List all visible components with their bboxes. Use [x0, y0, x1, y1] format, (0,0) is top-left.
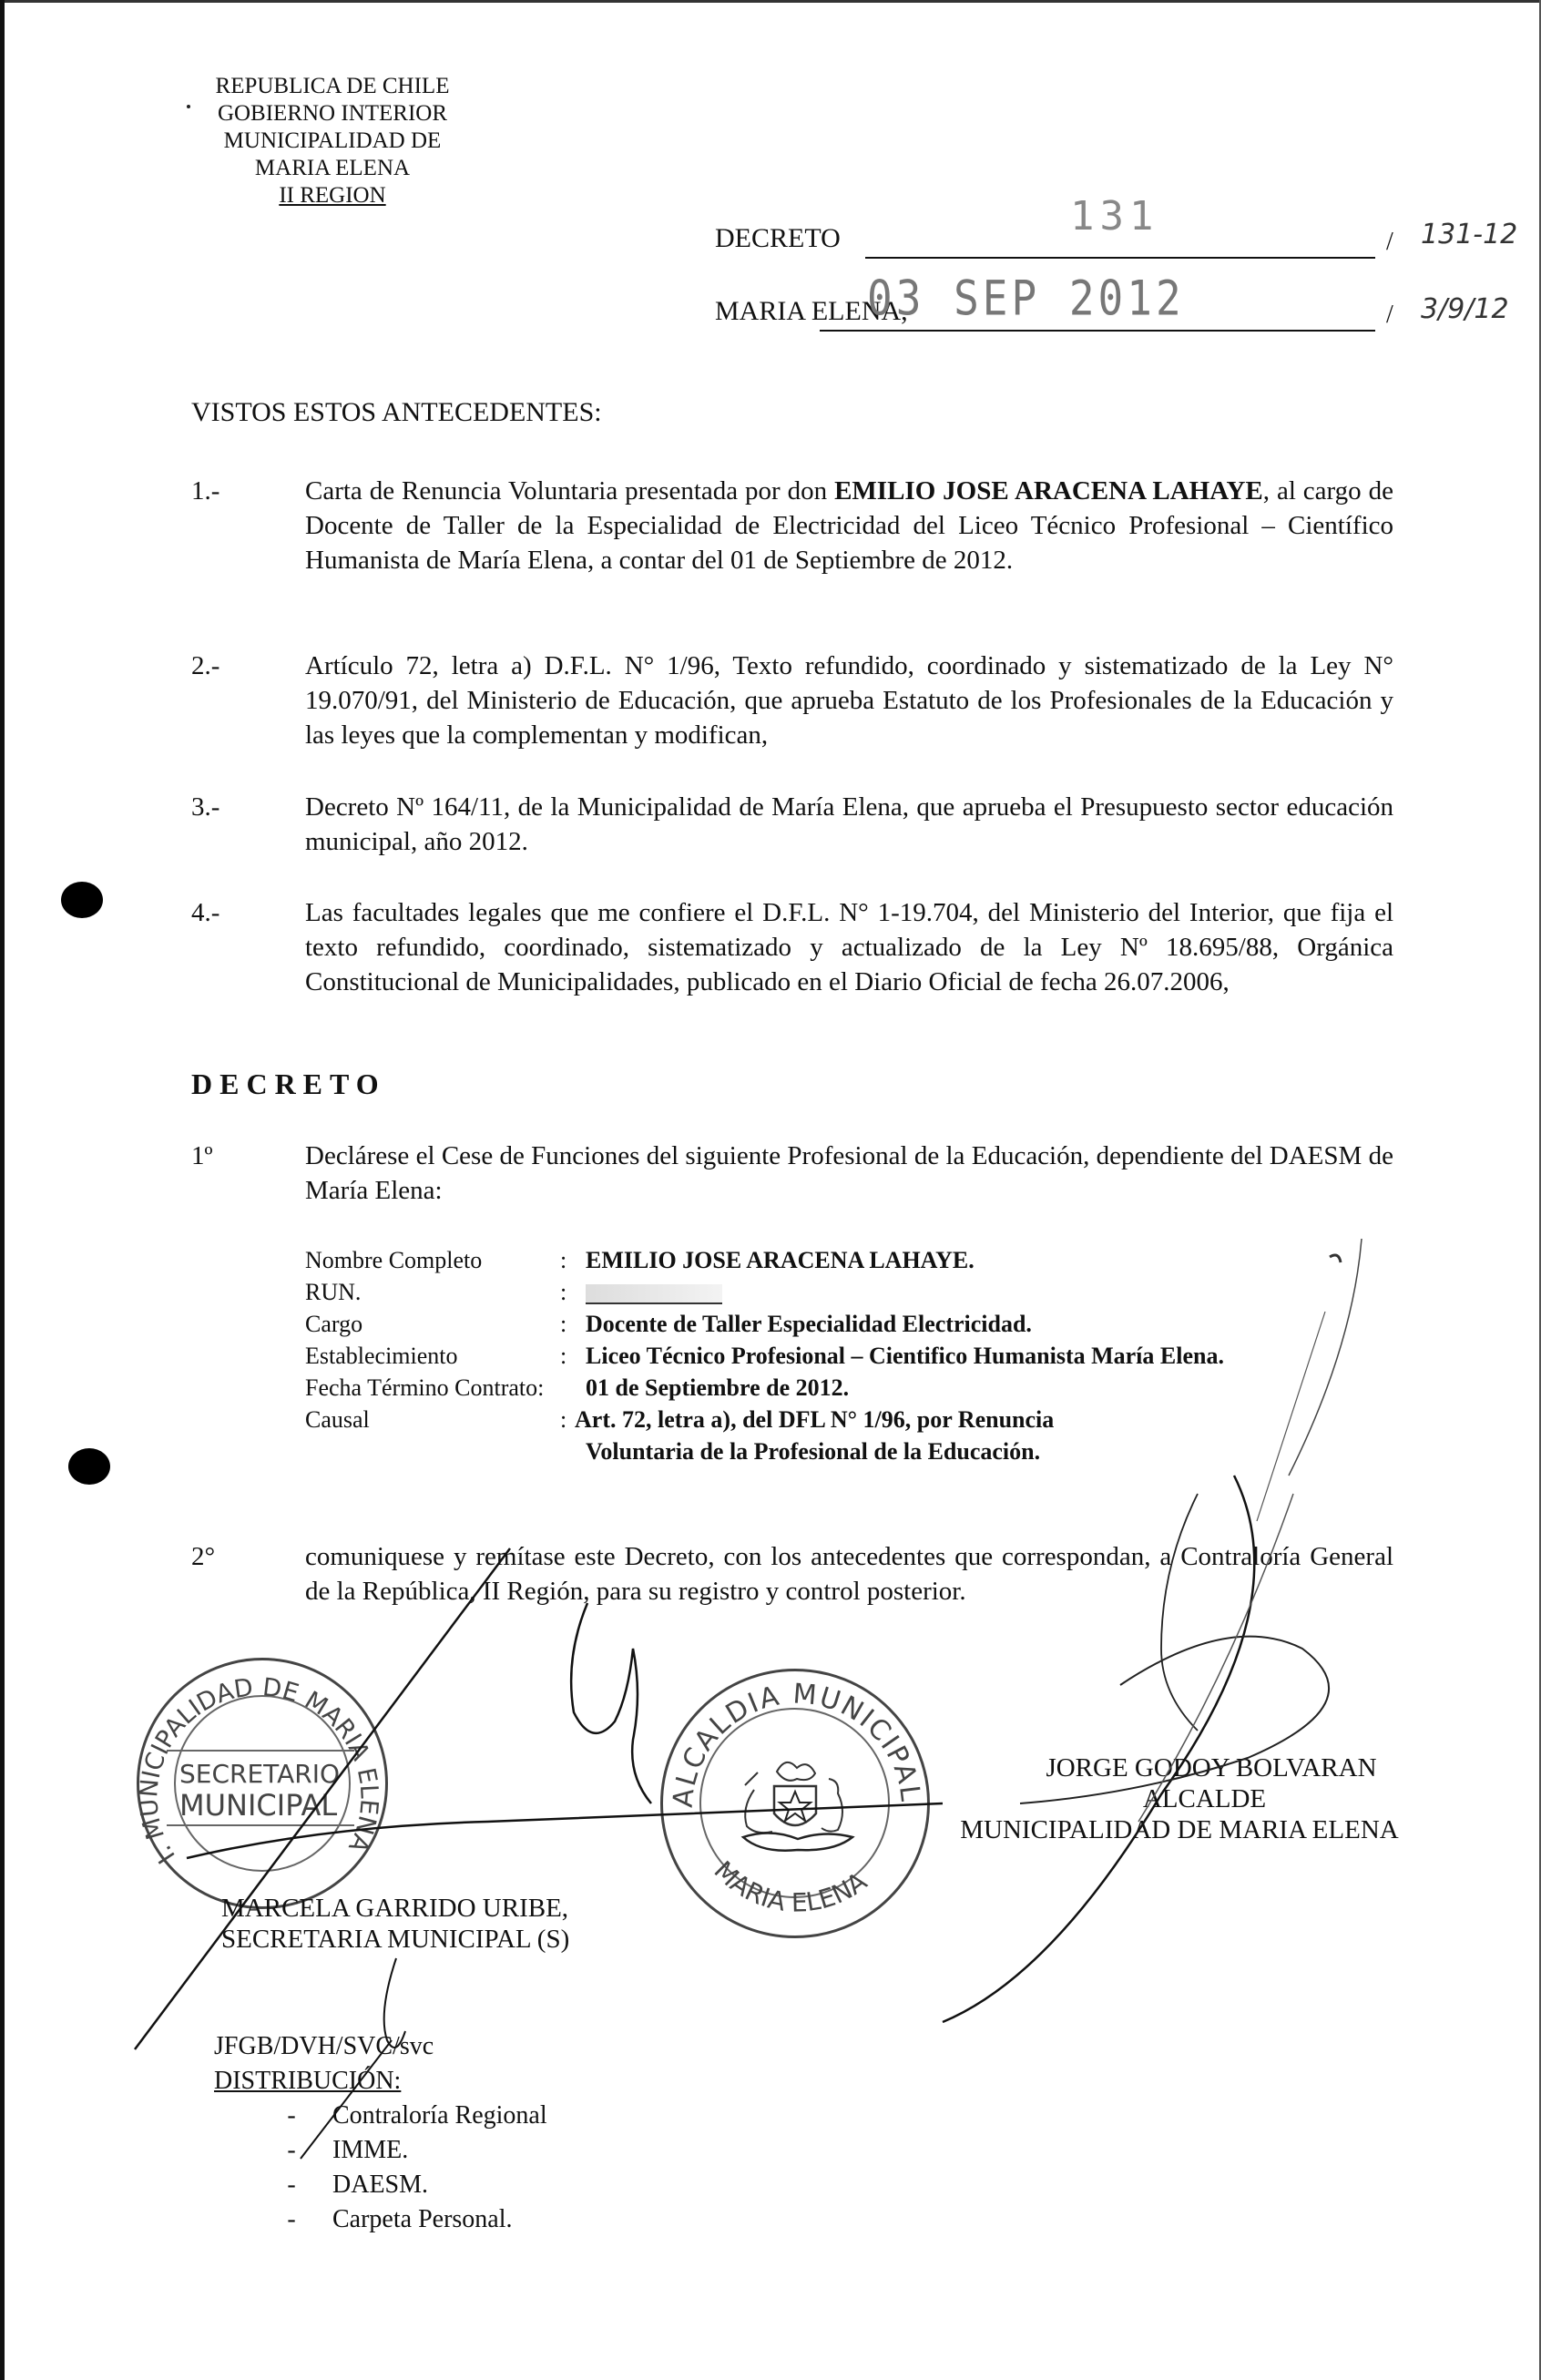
decreto-item-1: 1º Declárese el Cese de Funciones del si… [191, 1139, 1393, 1208]
letterhead-line: MARIA ELENA [178, 155, 487, 182]
item-number: 1º [191, 1139, 291, 1173]
item-number: 1.- [191, 474, 291, 508]
item-number: 2.- [191, 649, 291, 683]
decree-label: DECRETO [715, 223, 841, 254]
alcalde-signature-block: JORGE GODOY BOLVARAN ALCALDE MUNICIPALID… [897, 1752, 1462, 1845]
secretaria-signature-block: MARCELA GARRIDO URIBE, SECRETARIA MUNICI… [221, 1893, 569, 1955]
distribution-title: DISTRIBUCIÓN: [214, 2064, 547, 2099]
decree-number-handwritten: 131-12 [1421, 219, 1517, 250]
item-text: Artículo 72, letra a) D.F.L. N° 1/96, Te… [305, 649, 1393, 752]
punch-hole-top [61, 882, 103, 918]
decree-number-line [865, 257, 1375, 259]
detail-row-nombre: Nombre Completo : EMILIO JOSE ARACENA LA… [305, 1244, 1224, 1276]
detail-row-cargo: Cargo : Docente de Taller Especialidad E… [305, 1308, 1224, 1340]
secretario-seal: SECRETARIO MUNICIPAL I. MUNICIPALIDAD DE… [137, 1658, 388, 1909]
item-text: Declárese el Cese de Funciones del sigui… [305, 1139, 1393, 1208]
detail-row-fecha-termino: Fecha Término Contrato: 01 de Septiembre… [305, 1372, 1224, 1404]
item-text: Decreto Nº 164/11, de la Municipalidad d… [305, 790, 1393, 859]
alcalde-org: MUNICIPALIDAD DE MARIA ELENA [897, 1814, 1462, 1845]
item-text: comuniquese y remítase este Decreto, con… [305, 1539, 1393, 1609]
alcaldia-seal: ALCALDIA MUNICIPAL MARIA ELENA [660, 1669, 930, 1938]
slash: / [1386, 228, 1393, 257]
vistos-item-2: 2.- Artículo 72, letra a) D.F.L. N° 1/96… [191, 649, 1393, 752]
svg-text:I. MUNICIPALIDAD DE MARIA ELEN: I. MUNICIPALIDAD DE MARIA ELENA [139, 1673, 383, 1868]
detail-row-causal-cont: Voluntaria de la Profesional de la Educa… [305, 1435, 1224, 1467]
distribution-item: -Carpeta Personal. [214, 2202, 547, 2237]
item-number: 3.- [191, 790, 291, 824]
secretaria-title: SECRETARIA MUNICIPAL (S) [221, 1924, 569, 1955]
detail-row-run: RUN. : [305, 1276, 1224, 1308]
letterhead-line: REPUBLICA DE CHILE [178, 73, 487, 100]
secretaria-name: MARCELA GARRIDO URIBE, [221, 1893, 569, 1924]
employee-name: EMILIO JOSE ARACENA LAHAYE [834, 476, 1263, 506]
item-number: 4.- [191, 895, 291, 930]
detail-row-establecimiento: Establecimiento : Liceo Técnico Profesio… [305, 1340, 1224, 1372]
svg-text:MARIA ELENA: MARIA ELENA [709, 1855, 873, 1918]
punch-hole-bottom [68, 1448, 110, 1485]
date-handwritten: 3/9/12 [1421, 293, 1509, 325]
decree-number-stamp: 131 [1070, 193, 1158, 240]
decreto-item-2: 2° comuniquese y remítase este Decreto, … [191, 1539, 1393, 1609]
vistos-item-4: 4.- Las facultades legales que me confie… [191, 895, 1393, 999]
date-line [820, 330, 1375, 332]
vistos-title: VISTOS ESTOS ANTECEDENTES: [191, 397, 602, 428]
distribution-item: -DAESM. [214, 2168, 547, 2202]
alcalde-name: JORGE GODOY BOLVARAN [897, 1752, 1462, 1783]
detail-row-causal: Causal : Art. 72, letra a), del DFL N° 1… [305, 1404, 1224, 1435]
decreto-title: DECRETO [191, 1067, 386, 1101]
employee-details: Nombre Completo : EMILIO JOSE ARACENA LA… [305, 1244, 1224, 1467]
coat-of-arms-icon [727, 1753, 863, 1863]
item-number: 2° [191, 1539, 291, 1574]
distribution-item: -Contraloría Regional [214, 2099, 547, 2133]
distribution-item: -IMME. [214, 2133, 547, 2168]
footer: JFGB/DVH/SVC/svc DISTRIBUCIÓN: -Contralo… [214, 2029, 547, 2237]
initials: JFGB/DVH/SVC/svc [214, 2029, 547, 2064]
letterhead-region: II REGION [178, 182, 487, 209]
item-text: Las facultades legales que me confiere e… [305, 895, 1393, 999]
scan-edge-top [0, 0, 1541, 3]
vistos-item-1: 1.- Carta de Renuncia Voluntaria present… [191, 474, 1393, 577]
letterhead: REPUBLICA DE CHILE GOBIERNO INTERIOR MUN… [178, 73, 487, 209]
letterhead-line: MUNICIPALIDAD DE [178, 128, 487, 155]
date-stamp: 03 SEP 2012 [867, 270, 1185, 326]
slash: / [1386, 301, 1393, 330]
alcalde-title: ALCALDE [897, 1783, 1462, 1814]
seal-ring-text: I. MUNICIPALIDAD DE MARIA ELENA [139, 1660, 385, 1906]
redacted-run [586, 1284, 722, 1304]
scan-edge-left [0, 0, 5, 2380]
vistos-item-3: 3.- Decreto Nº 164/11, de la Municipalid… [191, 790, 1393, 859]
letterhead-line: GOBIERNO INTERIOR [178, 100, 487, 128]
